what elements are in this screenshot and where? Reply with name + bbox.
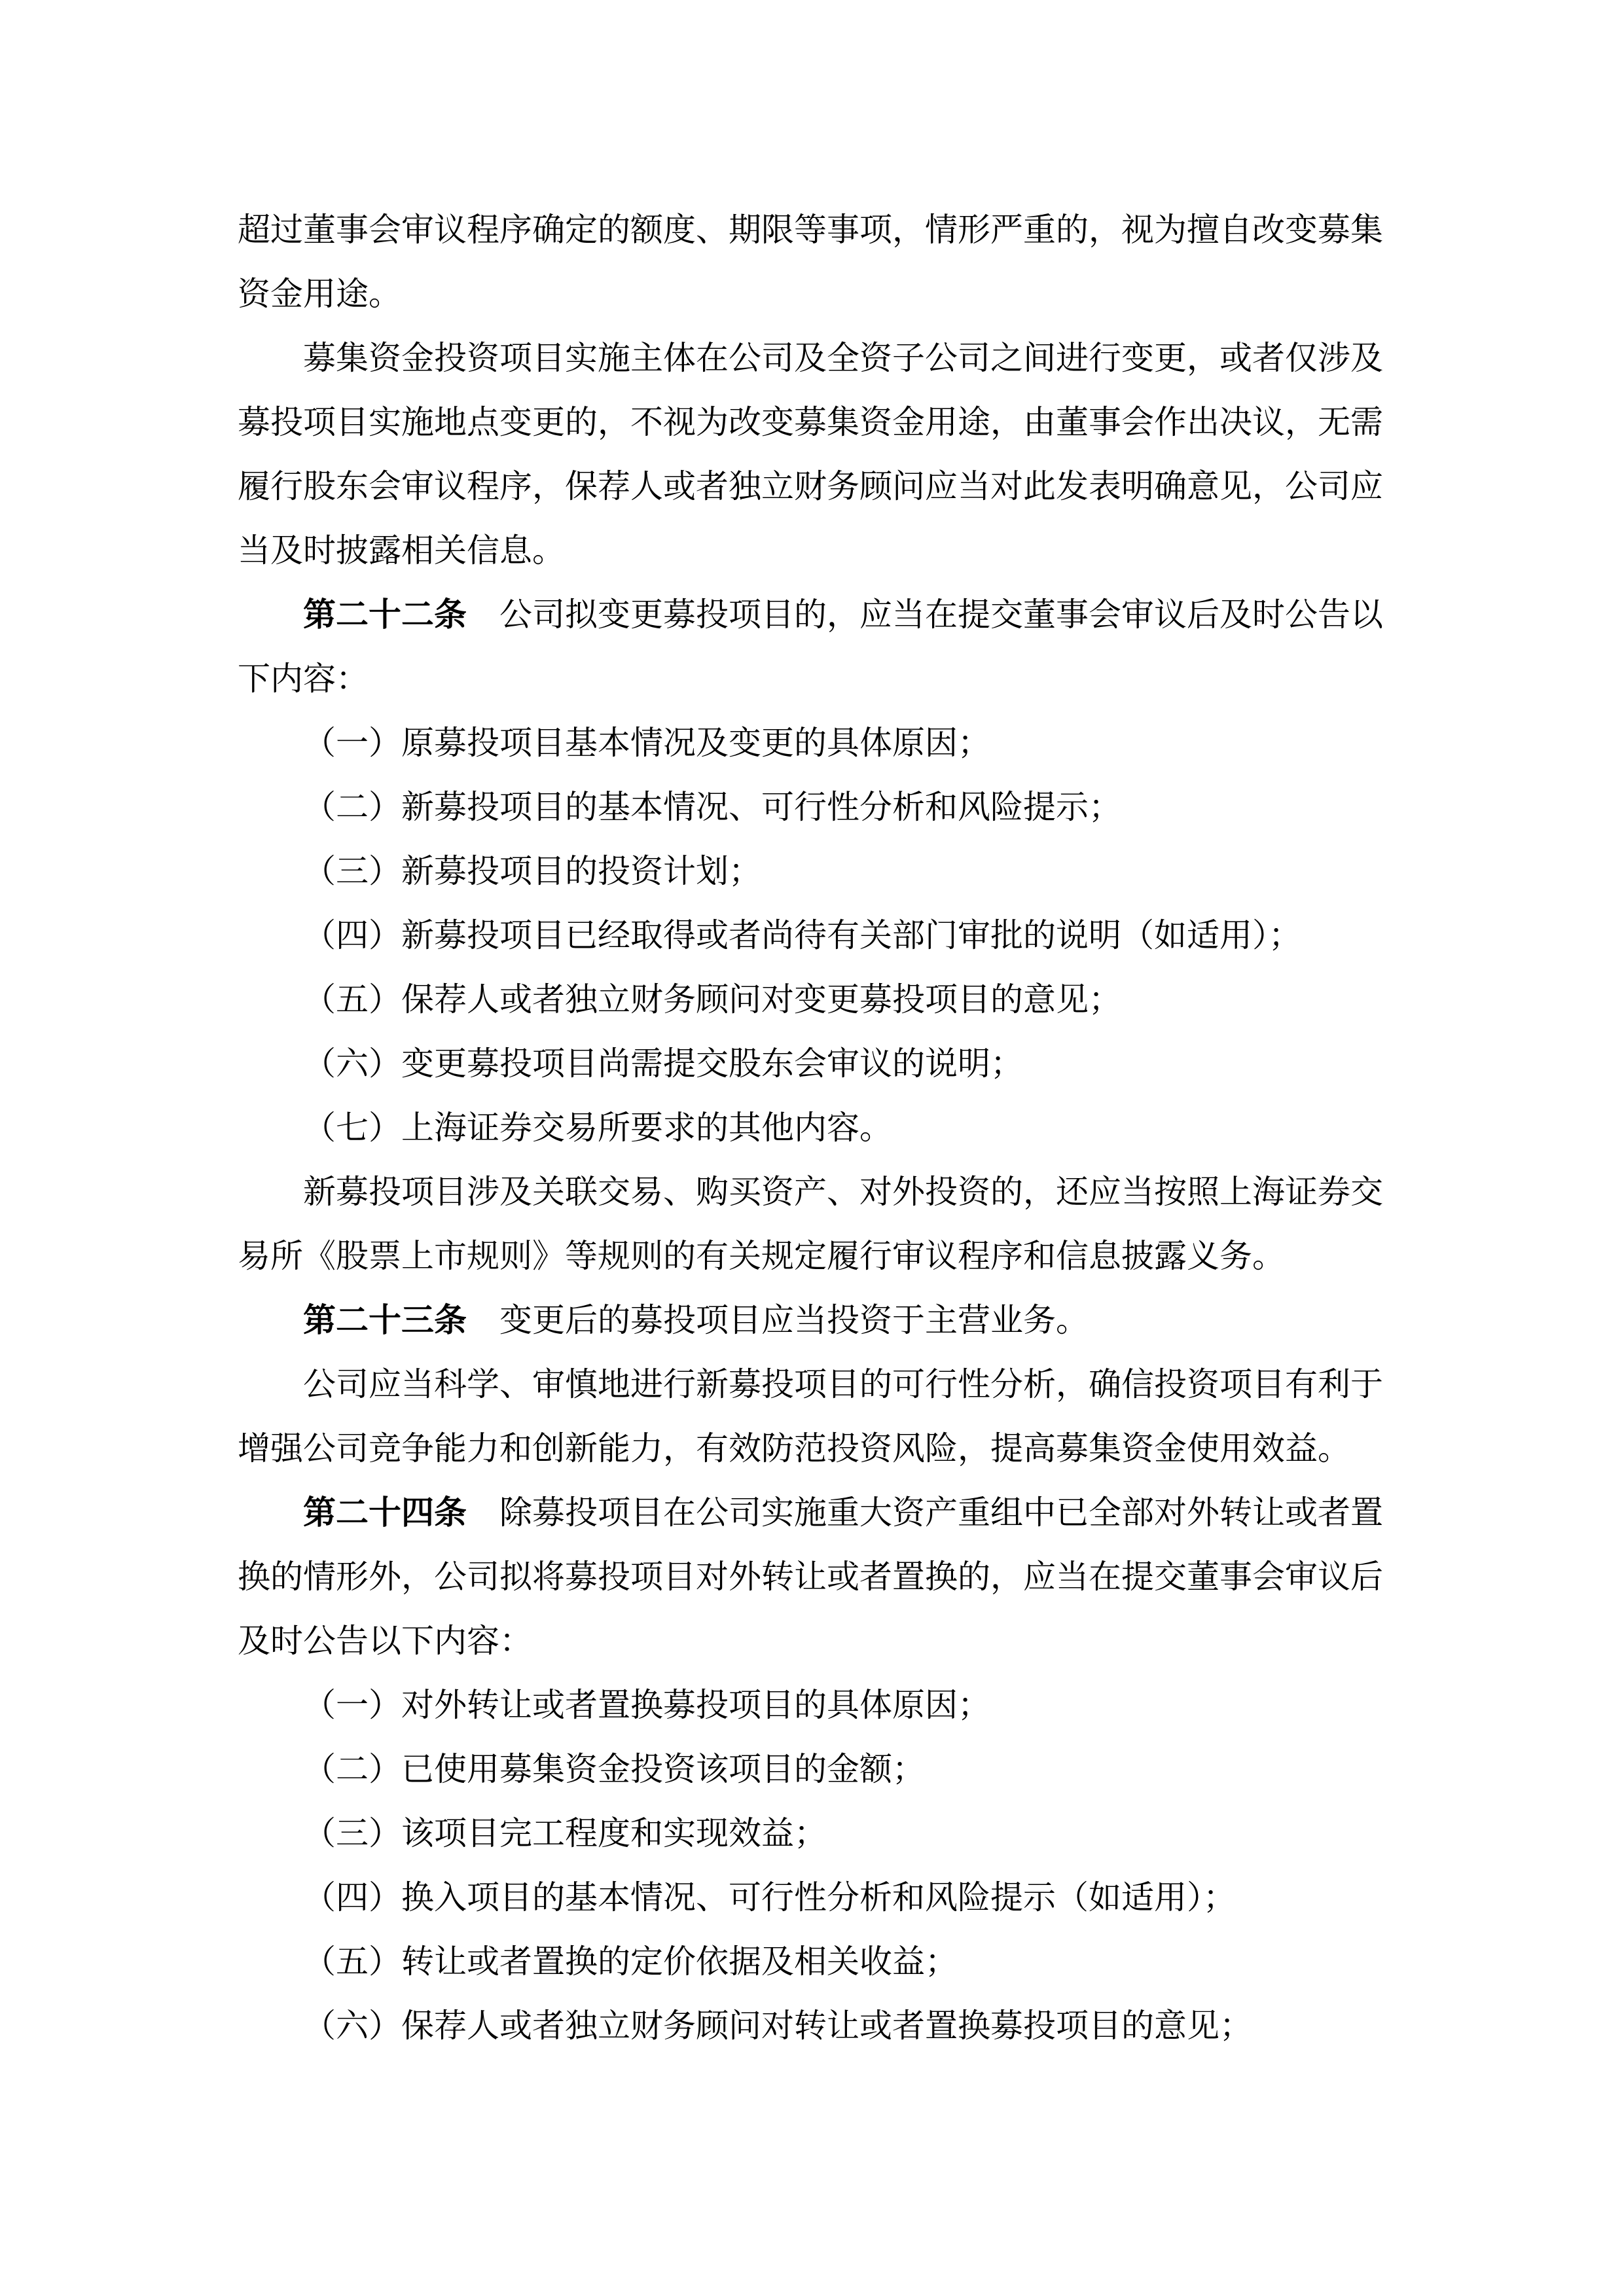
paragraph: （七）上海证券交易所要求的其他内容。 (238, 1096, 1383, 1160)
article-number: 第二十二条 (303, 596, 467, 633)
paragraph-text: （六）变更募投项目尚需提交股东会审议的说明； (303, 1045, 1023, 1082)
paragraph-text: 超过董事会审议程序确定的额度、期限等事项，情形严重的，视为擅自改变募集资金用途。 (238, 211, 1383, 312)
paragraph: （四）换入项目的基本情况、可行性分析和风险提示（如适用）； (238, 1865, 1383, 1929)
paragraph-text: （二）已使用募集资金投资该项目的金额； (303, 1751, 925, 1787)
paragraph: 第二十三条 变更后的募投项目应当投资于主营业务。 (238, 1288, 1383, 1352)
paragraph-text: （七）上海证券交易所要求的其他内容。 (303, 1109, 892, 1146)
paragraph-text: （四）新募投项目已经取得或者尚待有关部门审批的说明（如适用）； (303, 917, 1301, 954)
paragraph-text: （五）保荐人或者独立财务顾问对变更募投项目的意见； (303, 981, 1121, 1018)
paragraph: 新募投项目涉及关联交易、购买资产、对外投资的，还应当按照上海证券交易所《股票上市… (238, 1160, 1383, 1288)
paragraph-text: 新募投项目涉及关联交易、购买资产、对外投资的，还应当按照上海证券交易所《股票上市… (238, 1174, 1383, 1274)
article-number: 第二十四条 (303, 1494, 467, 1531)
paragraph-text: （一）对外转让或者置换募投项目的具体原因； (303, 1687, 990, 1723)
paragraph: （五）转让或者置换的定价依据及相关收益； (238, 1929, 1383, 1994)
paragraph-text: 公司应当科学、审慎地进行新募投项目的可行性分析，确信投资项目有利于增强公司竞争能… (238, 1366, 1383, 1467)
paragraph-text: （五）转让或者置换的定价依据及相关收益； (303, 1943, 958, 1980)
document-page: 超过董事会审议程序确定的额度、期限等事项，情形严重的，视为擅自改变募集资金用途。… (0, 0, 1624, 2296)
document-body: 超过董事会审议程序确定的额度、期限等事项，情形严重的，视为擅自改变募集资金用途。… (238, 198, 1383, 2058)
paragraph: （一）原募投项目基本情况及变更的具体原因； (238, 711, 1383, 775)
paragraph-text: （六）保荐人或者独立财务顾问对转让或者置换募投项目的意见； (303, 2007, 1252, 2044)
paragraph-text: （二）新募投项目的基本情况、可行性分析和风险提示； (303, 789, 1121, 825)
paragraph: （三）该项目完工程度和实现效益； (238, 1801, 1383, 1865)
paragraph: （二）已使用募集资金投资该项目的金额； (238, 1737, 1383, 1801)
paragraph-text: 募集资金投资项目实施主体在公司及全资子公司之间进行变更，或者仅涉及募投项目实施地… (238, 340, 1383, 569)
paragraph: （一）对外转让或者置换募投项目的具体原因； (238, 1673, 1383, 1737)
paragraph: 第二十二条 公司拟变更募投项目的，应当在提交董事会审议后及时公告以下内容： (238, 583, 1383, 711)
paragraph-text: 变更后的募投项目应当投资于主营业务。 (467, 1302, 1089, 1338)
paragraph-text: （三）该项目完工程度和实现效益； (303, 1815, 827, 1852)
paragraph: （四）新募投项目已经取得或者尚待有关部门审批的说明（如适用）； (238, 903, 1383, 967)
paragraph-text: （三）新募投项目的投资计划； (303, 853, 761, 889)
paragraph: （二）新募投项目的基本情况、可行性分析和风险提示； (238, 775, 1383, 839)
paragraph: （五）保荐人或者独立财务顾问对变更募投项目的意见； (238, 967, 1383, 1031)
paragraph: 公司应当科学、审慎地进行新募投项目的可行性分析，确信投资项目有利于增强公司竞争能… (238, 1352, 1383, 1480)
paragraph: （六）变更募投项目尚需提交股东会审议的说明； (238, 1031, 1383, 1096)
paragraph: 超过董事会审议程序确定的额度、期限等事项，情形严重的，视为擅自改变募集资金用途。 (238, 198, 1383, 326)
paragraph: （六）保荐人或者独立财务顾问对转让或者置换募投项目的意见； (238, 1994, 1383, 2058)
paragraph: 第二十四条 除募投项目在公司实施重大资产重组中已全部对外转让或者置换的情形外，公… (238, 1480, 1383, 1673)
paragraph: 募集资金投资项目实施主体在公司及全资子公司之间进行变更，或者仅涉及募投项目实施地… (238, 326, 1383, 583)
paragraph: （三）新募投项目的投资计划； (238, 839, 1383, 903)
paragraph-text: （四）换入项目的基本情况、可行性分析和风险提示（如适用）； (303, 1879, 1236, 1916)
article-number: 第二十三条 (303, 1302, 467, 1338)
paragraph-text: （一）原募投项目基本情况及变更的具体原因； (303, 725, 990, 761)
